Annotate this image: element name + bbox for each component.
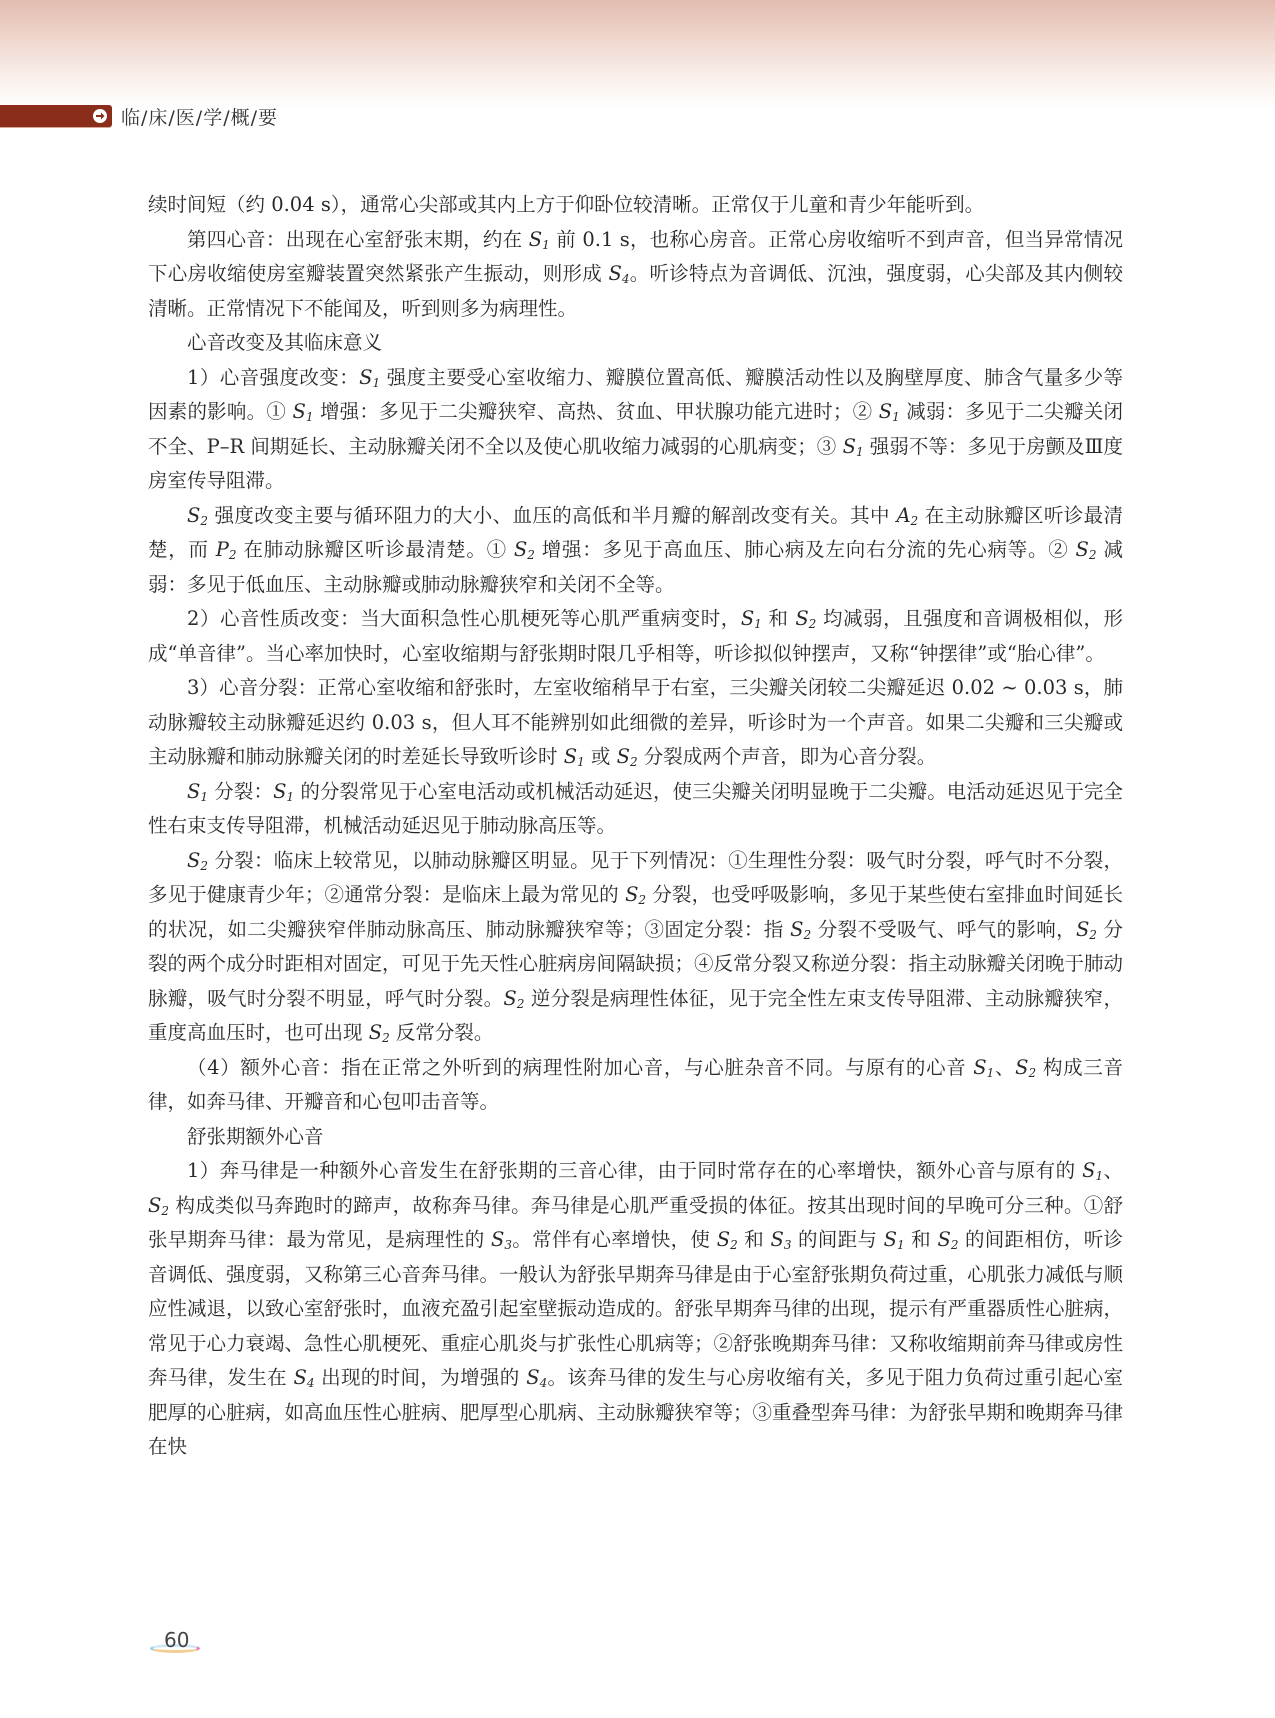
math-variable: S1 — [843, 435, 864, 458]
paragraph: 第四心音：出现在心室舒张末期，约在 S1 前 0.1 s，也称心房音。正常心房收… — [148, 223, 1123, 327]
math-variable: S2 — [1076, 918, 1097, 941]
section-heading: 心音改变及其临床意义 — [148, 326, 1123, 361]
book-title: 临/床/医/学/概/要 — [121, 103, 278, 130]
math-variable: S2 — [187, 849, 208, 872]
math-variable: S2 — [717, 1228, 738, 1251]
math-variable: S2 — [795, 607, 816, 630]
math-variable: S1 — [273, 780, 294, 803]
math-variable: S1 — [741, 607, 762, 630]
math-variable: S1 — [973, 1056, 994, 1079]
math-variable: S1 — [879, 400, 900, 423]
math-variable: S3 — [491, 1228, 512, 1251]
math-variable: S2 — [187, 504, 208, 527]
math-variable: S2 — [369, 1021, 390, 1044]
math-variable: S2 — [1015, 1056, 1036, 1079]
chapter-header-bar — [0, 105, 112, 127]
paragraph: 1）奔马律是一种额外心音发生在舒张期的三音心律，由于同时常存在的心率增快，额外心… — [148, 1154, 1123, 1465]
math-variable: S2 — [503, 987, 524, 1010]
math-variable: S3 — [771, 1228, 792, 1251]
paragraph: S2 强度改变主要与循环阻力的大小、血压的高低和半月瓣的解剖改变有关。其中 A2… — [148, 499, 1123, 603]
paragraph: 2）心音性质改变：当大面积急性心肌梗死等心肌严重病变时，S1 和 S2 均减弱，… — [148, 602, 1123, 671]
page-body-text: 续时间短（约 0.04 s），通常心尖部或其内上方于仰卧位较清晰。正常仅于儿童和… — [148, 188, 1123, 1465]
math-variable: S1 — [359, 366, 380, 389]
math-variable: S2 — [617, 745, 638, 768]
paragraph: S1 分裂：S1 的分裂常见于心室电活动或机械活动延迟，使三尖瓣关闭明显晚于二尖… — [148, 775, 1123, 844]
math-variable: S2 — [625, 883, 646, 906]
page-top-gradient — [0, 0, 1275, 110]
paragraph: （4）额外心音：指在正常之外听到的病理性附加心音，与心脏杂音不同。与原有的心音 … — [148, 1051, 1123, 1120]
math-variable: S1 — [1082, 1159, 1103, 1182]
math-variable: S2 — [790, 918, 811, 941]
paragraph: 续时间短（约 0.04 s），通常心尖部或其内上方于仰卧位较清晰。正常仅于儿童和… — [148, 188, 1123, 223]
page-number: 60 — [164, 1628, 189, 1652]
math-variable: S1 — [529, 228, 550, 251]
paragraph: 1）心音强度改变：S1 强度主要受心室收缩力、瓣膜位置高低、瓣膜活动性以及胸壁厚… — [148, 361, 1123, 499]
circle-arrow-right-icon — [93, 109, 107, 123]
math-variable: S4 — [526, 1366, 547, 1389]
math-variable: P2 — [216, 538, 237, 561]
paragraph: 3）心音分裂：正常心室收缩和舒张时，左室收缩稍早于右室，三尖瓣关闭较二尖瓣延迟 … — [148, 671, 1123, 775]
math-variable: S2 — [148, 1194, 169, 1217]
math-variable: S2 — [937, 1228, 958, 1251]
page-number-badge: 60 — [150, 1628, 202, 1658]
paragraph: S2 分裂：临床上较常见，以肺动脉瓣区明显。见于下列情况：①生理性分裂：吸气时分… — [148, 844, 1123, 1051]
math-variable: S1 — [187, 780, 208, 803]
math-variable: S2 — [1076, 538, 1097, 561]
math-variable: S1 — [884, 1228, 905, 1251]
section-heading: 舒张期额外心音 — [148, 1120, 1123, 1155]
math-variable: S4 — [294, 1366, 315, 1389]
math-variable: S2 — [514, 538, 535, 561]
math-variable: A2 — [896, 504, 918, 527]
math-variable: S4 — [608, 262, 629, 285]
math-variable: S1 — [564, 745, 585, 768]
math-variable: S1 — [293, 400, 314, 423]
